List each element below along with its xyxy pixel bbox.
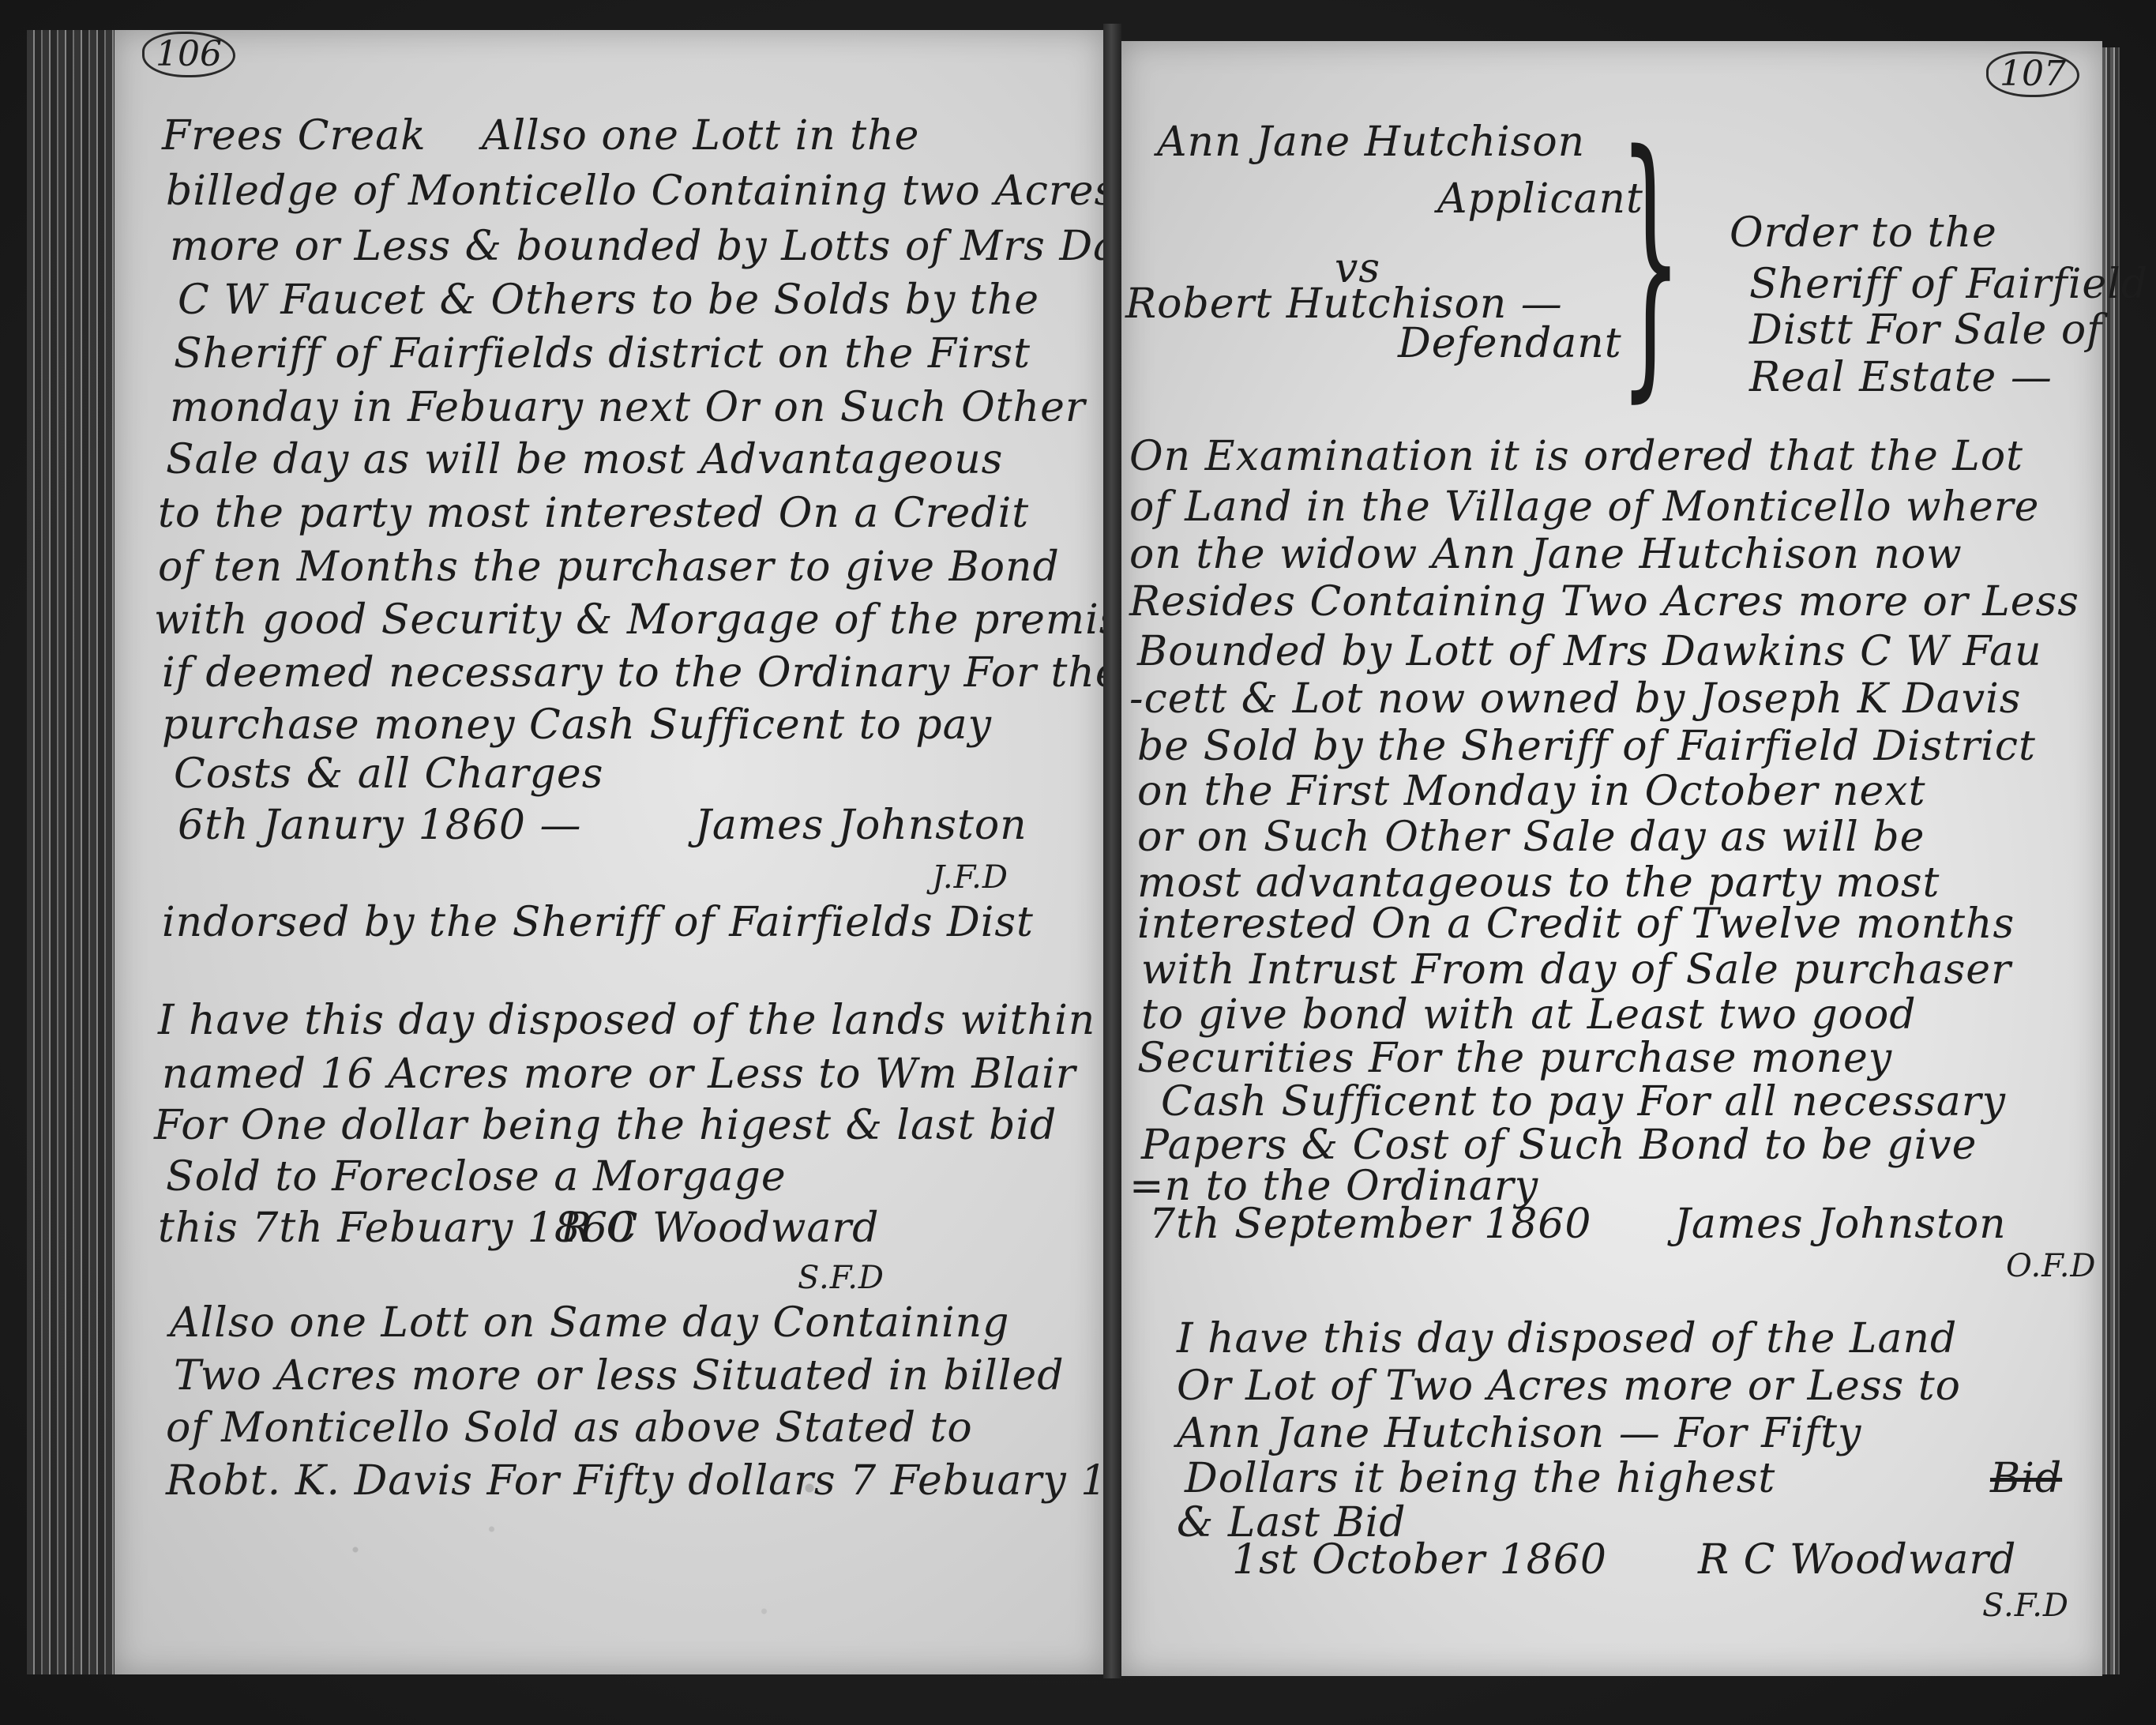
right-return-line-1: I have this day disposed of the Land: [1177, 1315, 1957, 1362]
page-number-right: 107: [1986, 51, 2079, 97]
order-line-9: or on Such Other Sale day as will be: [1137, 814, 1925, 861]
order-line-13: to give bond with at Least two good: [1141, 991, 1917, 1039]
right-return-line-4: Dollars it being the highest: [1185, 1455, 1775, 1502]
order-date: 7th September 1860: [1149, 1201, 1591, 1248]
order-line-12: with Intrust From day of Sale purchaser: [1141, 946, 2011, 994]
caption-defendant-role: Defendant: [1398, 320, 1622, 367]
endorsement: indorsed by the Sheriff of Fairfields Di…: [162, 899, 1034, 946]
caption-order-line-1: Order to the: [1730, 209, 1997, 257]
page-number-left: 106: [142, 32, 235, 77]
left-line-12: purchase money Cash Sufficent to pay: [162, 701, 992, 749]
right-return-date: 1st October 1860: [1232, 1536, 1607, 1584]
right-signature-1-name: James Johnston: [1674, 1201, 2007, 1248]
left-line-10: with good Security & Morgage of the prem…: [154, 596, 1168, 644]
left-signature-1-title: J.F.D: [932, 859, 1009, 896]
left-line-9: of ten Months the purchaser to give Bond: [158, 543, 1060, 591]
order-line-16: Papers & Cost of Such Bond to be give: [1141, 1122, 1977, 1169]
order-line-15: Cash Sufficent to pay For all necessary: [1161, 1078, 2006, 1126]
order-line-2: of Land in the Village of Monticello whe…: [1129, 483, 2039, 531]
caption-applicant-name: Ann Jane Hutchison: [1157, 118, 1585, 166]
order-line-14: Securities For the purchase money: [1137, 1035, 1892, 1082]
book-gutter: [1103, 24, 1121, 1678]
left-return-2-line-1: Allso one Lott on Same day Containing: [170, 1299, 1009, 1347]
caption-brace: }: [1619, 118, 1682, 403]
left-line-4: C W Faucet & Others to be Solds by the: [178, 276, 1039, 324]
left-return-1-line-3: For One dollar being the higest & last b…: [154, 1102, 1057, 1149]
caption-applicant-role: Applicant: [1437, 175, 1643, 223]
order-line-5: Bounded by Lott of Mrs Dawkins C W Fau: [1137, 628, 2042, 675]
order-line-8: on the First Monday in October next: [1137, 768, 1925, 815]
caption-order-line-4: Real Estate —: [1749, 354, 2053, 401]
right-return-line-3: Ann Jane Hutchison — For Fifty: [1177, 1410, 1861, 1457]
left-return-2-line-2: Two Acres more or less Situated in bille…: [174, 1352, 1065, 1400]
right-return-line-2: Or Lot of Two Acres more or Less to: [1177, 1362, 1961, 1410]
left-line-3: more or Less & bounded by Lotts of Mrs D…: [170, 223, 1243, 270]
left-line-8: to the party most interested On a Credit: [158, 490, 1029, 537]
caption-order-line-3: Distt For Sale of: [1749, 306, 2102, 354]
left-return-2-line-4: Robt. K. Davis For Fifty dollars 7 Febua…: [166, 1457, 1189, 1505]
right-signature-2-name: R C Woodward: [1698, 1536, 2016, 1584]
left-return-1-line-1: I have this day disposed of the lands wi…: [158, 997, 1095, 1044]
order-line-4: Resides Containing Two Acres more or Les…: [1129, 578, 2079, 626]
left-line-1: Allso one Lott in the: [482, 112, 919, 160]
left-line-6: monday in Febuary next Or on Such Other: [170, 384, 1086, 431]
left-line-2: billedge of Monticello Containing two Ac…: [166, 167, 1116, 215]
margin-note: Frees Creak: [162, 112, 426, 160]
left-return-1-line-2: named 16 Acres more or Less to Wm Blair: [162, 1050, 1076, 1098]
order-line-1: On Examination it is ordered that the Lo…: [1129, 433, 2023, 480]
struck-word: Bid: [1990, 1455, 2062, 1502]
order-line-11: interested On a Credit of Twelve months: [1137, 900, 2015, 948]
right-signature-2-title: S.F.D: [1982, 1588, 2069, 1624]
left-return-1-line-4: Sold to Foreclose a Morgage: [166, 1153, 787, 1201]
caption-order-line-2: Sheriff of Fairfield: [1749, 261, 2148, 308]
left-line-7: Sale day as will be most Advantageous: [166, 436, 1003, 483]
left-line-5: Sheriff of Fairfields district on the Fi…: [174, 330, 1031, 378]
left-line-13: Costs & all Charges: [174, 750, 603, 798]
stacked-page-edges-left: [27, 30, 115, 1674]
left-signature-2-title: S.F.D: [798, 1260, 885, 1296]
left-line-11: if deemed necessary to the Ordinary For …: [162, 649, 1121, 697]
left-signature-1-name: James Johnston: [695, 802, 1027, 849]
order-line-7: be Sold by the Sheriff of Fairfield Dist…: [1137, 723, 2036, 770]
right-signature-1-title: O.F.D: [2006, 1248, 2096, 1284]
left-signature-2-name: R C Woodward: [561, 1204, 879, 1252]
left-return-2-line-3: of Monticello Sold as above Stated to: [166, 1404, 973, 1452]
order-line-6: -cett & Lot now owned by Joseph K Davis: [1129, 675, 2021, 723]
order-line-10: most advantageous to the party most: [1137, 859, 1940, 907]
left-date-1: 6th Janury 1860 —: [178, 802, 581, 849]
order-line-3: on the widow Ann Jane Hutchison now: [1129, 531, 1963, 578]
